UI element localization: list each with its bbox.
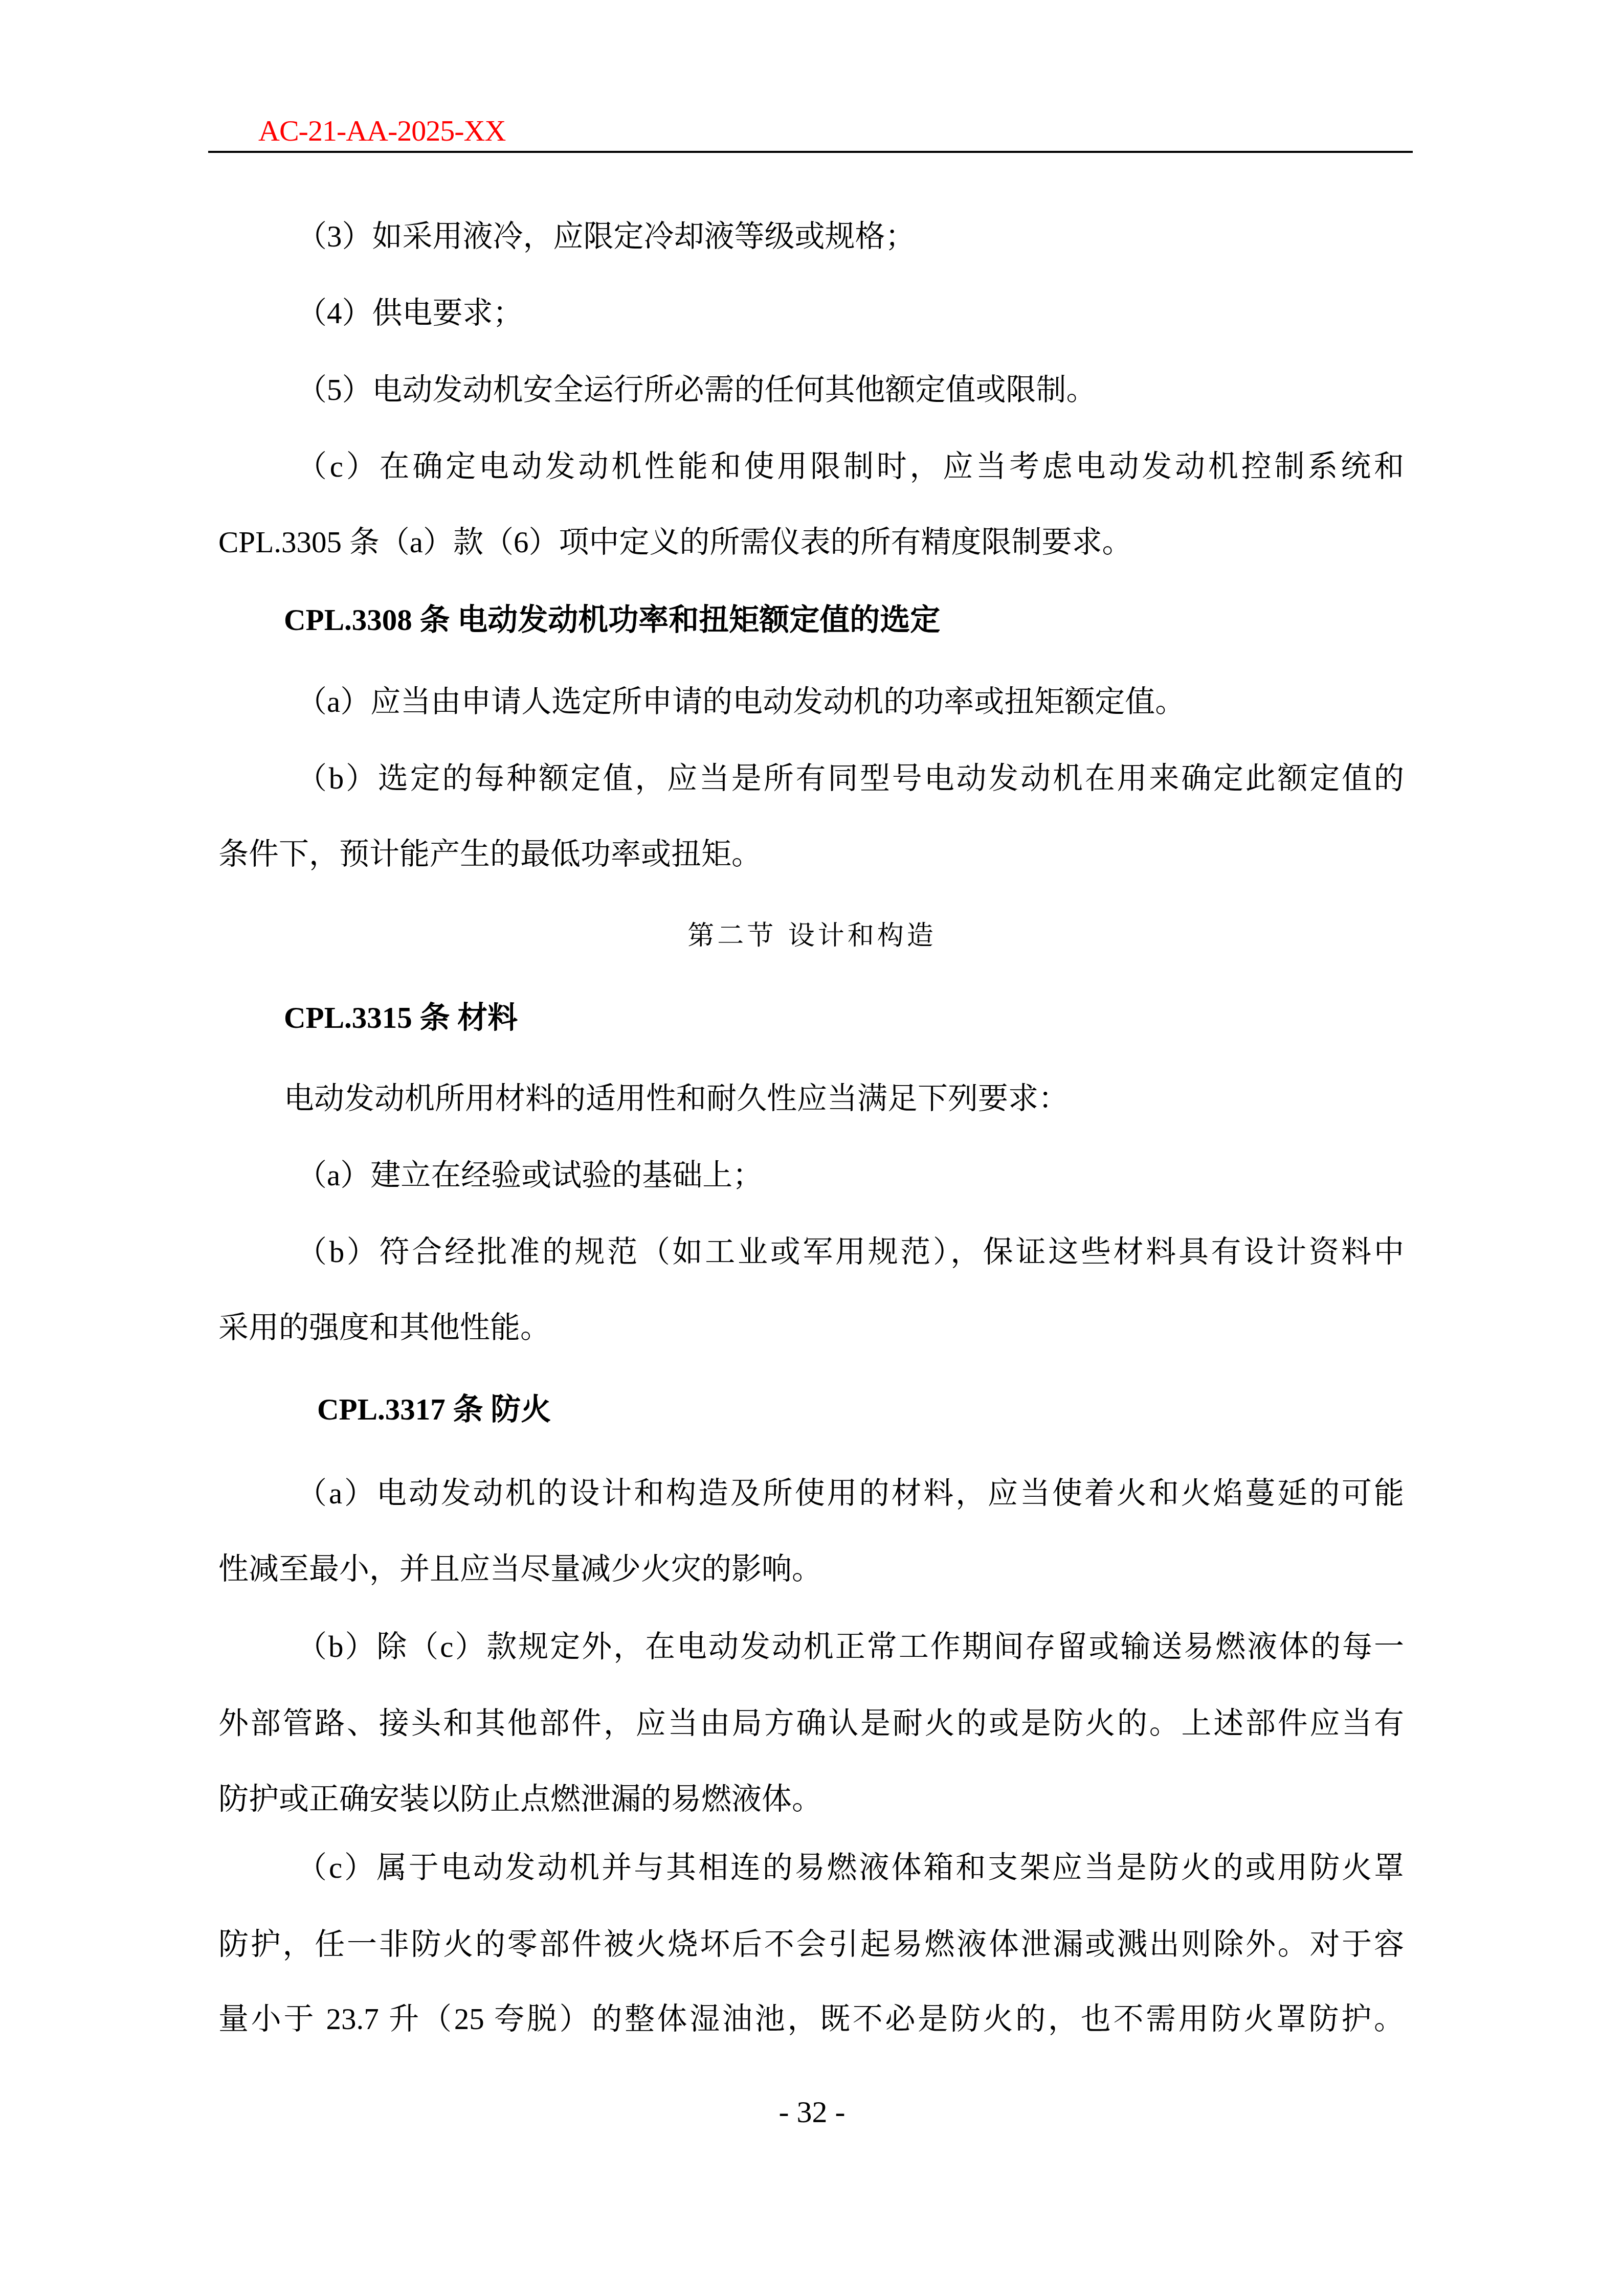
clause-3317-a-line-1: （a）电动发动机的设计和构造及所使用的材料，应当使着火和火焰蔓延的可能	[297, 1473, 1404, 1514]
clause-3315-b-line-1: （b）符合经批准的规范（如工业或军用规范），保证这些材料具有设计资料中	[297, 1231, 1404, 1272]
page-number: - 32 -	[0, 2094, 1624, 2130]
clause-3317-b-line-3: 防护或正确安装以防止点燃泄漏的易燃液体。	[218, 1779, 1404, 1819]
article-heading-3315: CPL.3315 条 材料	[284, 997, 1470, 1038]
clause-3308-a: （a）应当由申请人选定所申请的电动发动机的功率或扭矩额定值。	[297, 681, 1404, 722]
item-5-other-limits: （5）电动发动机安全运行所必需的任何其他额定值或限制。	[297, 369, 1404, 410]
item-3-coolant: （3）如采用液冷，应限定冷却液等级或规格；	[297, 216, 1404, 257]
materials-intro: 电动发动机所用材料的适用性和耐久性应当满足下列要求：	[284, 1078, 1470, 1119]
clause-3317-c-line-1: （c）属于电动发动机并与其相连的易燃液体箱和支架应当是防火的或用防火罩	[297, 1847, 1404, 1888]
item-4-power-supply: （4）供电要求；	[297, 292, 1404, 333]
article-heading-3308: CPL.3308 条 电动发动机功率和扭矩额定值的选定	[284, 599, 1470, 640]
clause-3308-b-line-1: （b）选定的每种额定值，应当是所有同型号电动发动机在用来确定此额定值的	[297, 758, 1404, 799]
clause-3317-c-line-3: 量小于 23.7 升（25 夸脱）的整体湿油池，既不必是防火的，也不需用防火罩防…	[218, 1998, 1404, 2039]
clause-3317-a-line-2: 性减至最小，并且应当尽量减少火灾的影响。	[218, 1548, 1404, 1589]
clause-3308-b-line-2: 条件下，预计能产生的最低功率或扭矩。	[218, 834, 1404, 874]
clause-c-line-1: （c）在确定电动发动机性能和使用限制时，应当考虑电动发动机控制系统和	[297, 446, 1404, 487]
document-code: AC-21-AA-2025-XX	[258, 116, 505, 146]
clause-3317-b-line-1: （b）除（c）款规定外，在电动发动机正常工作期间存留或输送易燃液体的每一	[297, 1626, 1404, 1667]
clause-3315-b-line-2: 采用的强度和其他性能。	[218, 1307, 1404, 1348]
clause-c-line-2: CPL.3305 条（a）款（6）项中定义的所需仪表的所有精度限制要求。	[218, 522, 1404, 562]
document-page: AC-21-AA-2025-XX （3）如采用液冷，应限定冷却液等级或规格； （…	[0, 0, 1624, 2296]
clause-3317-b-line-2: 外部管路、接头和其他部件，应当由局方确认是耐火的或是防火的。上述部件应当有	[218, 1703, 1404, 1744]
article-heading-3317: CPL.3317 条 防火	[317, 1389, 1503, 1430]
header-rule	[208, 151, 1413, 153]
clause-3317-c-line-2: 防护，任一非防火的零部件被火烧坏后不会引起易燃液体泄漏或溅出则除外。对于容	[218, 1924, 1404, 1965]
clause-3315-a: （a）建立在经验或试验的基础上；	[297, 1155, 1404, 1196]
section-heading: 第二节 设计和构造	[0, 915, 1624, 956]
